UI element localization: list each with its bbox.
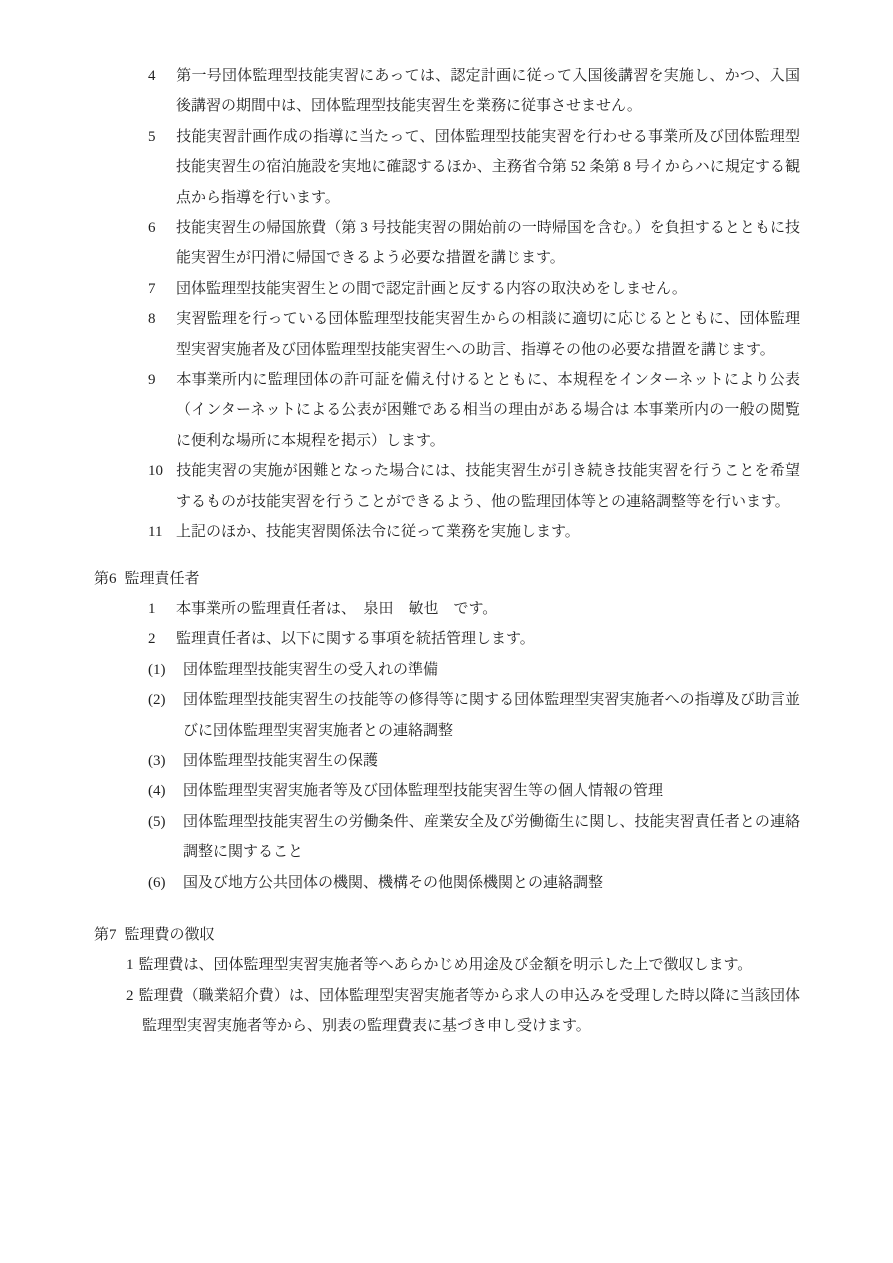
clause-item-6: 6技能実習生の帰国旅費（第 3 号技能実習の開始前の一時帰国を含む。）を負担する… [176,213,800,274]
clause-text: 第一号団体監理型技能実習にあっては、認定計画に従って入国後講習を実施し、かつ、入… [176,68,800,114]
item-number: 1 [148,594,176,624]
clause-item-7: 7団体監理型技能実習生との間で認定計画と反する内容の取決めをしません。 [176,274,800,304]
section-6-item-1: 1本事業所の監理責任者は、 泉田 敏也 です。 [176,594,800,624]
clause-number: 11 [148,517,176,547]
clause-text: 技能実習計画作成の指導に当たって、団体監理型技能実習を行わせる事業所及び団体監理… [176,129,800,206]
item-number: 2 [148,624,176,654]
clause-number: 10 [148,456,176,486]
clause-item-10: 10技能実習の実施が困難となった場合には、技能実習生が引き続き技能実習を行うこと… [176,456,800,517]
section-number: 第6 [94,571,117,587]
document-page: 4第一号団体監理型技能実習にあっては、認定計画に従って入国後講習を実施し、かつ、… [0,0,893,1263]
clause-number: 8 [148,304,176,334]
section-6-subitem-1: (1)団体監理型技能実習生の受入れの準備 [183,655,800,685]
clause-item-9: 9本事業所内に監理団体の許可証を備え付けるとともに、本規程をインターネットにより… [176,365,800,456]
section-6-heading: 第6監理責任者 [94,564,800,594]
section-title: 監理費の徴収 [125,927,215,943]
clause-text: 団体監理型技能実習生との間で認定計画と反する内容の取決めをしません。 [176,281,687,297]
section-6-subitem-4: (4)団体監理型実習実施者等及び団体監理型技能実習生等の個人情報の管理 [183,776,800,806]
subitem-marker: (1) [148,655,183,685]
subitem-text: 団体監理型実習実施者等及び団体監理型技能実習生等の個人情報の管理 [183,783,663,799]
section-6-subitem-5: (5)団体監理型技能実習生の労働条件、産業安全及び労働衛生に関し、技能実習責任者… [183,807,800,868]
section-6-subitem-3: (3)団体監理型技能実習生の保護 [183,746,800,776]
section-6-item-2: 2監理責任者は、以下に関する事項を統括管理します。 [176,624,800,654]
clause-number: 5 [148,122,176,152]
clause-number: 4 [148,61,176,91]
subitem-text: 団体監理型技能実習生の受入れの準備 [183,662,438,678]
document-content: 4第一号団体監理型技能実習にあっては、認定計画に従って入国後講習を実施し、かつ、… [0,0,893,1042]
clause-number: 6 [148,213,176,243]
section-number: 第7 [94,927,117,943]
item-text: 監理費は、団体監理型実習実施者等へあらかじめ用途及び金額を明示した上で徴収します… [139,957,753,973]
subitem-marker: (3) [148,746,183,776]
clause-number: 7 [148,274,176,304]
clause-item-5: 5技能実習計画作成の指導に当たって、団体監理型技能実習を行わせる事業所及び団体監… [176,122,800,213]
section-7-item-2: 2監理費（職業紹介費）は、団体監理型実習実施者等から求人の申込みを受理した時以降… [142,981,800,1042]
clause-text: 上記のほか、技能実習関係法令に従って業務を実施します。 [176,524,580,540]
clause-text: 本事業所内に監理団体の許可証を備え付けるとともに、本規程をインターネットにより公… [176,372,800,449]
section-7-item-1: 1監理費は、団体監理型実習実施者等へあらかじめ用途及び金額を明示した上で徴収しま… [142,950,800,980]
section-7-heading: 第7監理費の徴収 [94,920,800,950]
subitem-marker: (5) [148,807,183,837]
section-6-subitem-6: (6)国及び地方公共団体の機関、機構その他関係機関との連絡調整 [183,868,800,898]
item-number: 1 [126,957,134,973]
clause-item-8: 8実習監理を行っている団体監理型技能実習生からの相談に適切に応じるとともに、団体… [176,304,800,365]
subitem-marker: (6) [148,868,183,898]
item-text: 本事業所の監理責任者は、 泉田 敏也 です。 [176,601,497,617]
subitem-marker: (2) [148,685,183,715]
clause-item-4: 4第一号団体監理型技能実習にあっては、認定計画に従って入国後講習を実施し、かつ、… [176,61,800,122]
subitem-text: 団体監理型技能実習生の保護 [183,753,378,769]
item-text: 監理責任者は、以下に関する事項を統括管理します。 [176,631,535,647]
clause-number: 9 [148,365,176,395]
clause-text: 実習監理を行っている団体監理型技能実習生からの相談に適切に応じるとともに、団体監… [176,311,800,357]
subitem-text: 団体監理型技能実習生の労働条件、産業安全及び労働衛生に関し、技能実習責任者との連… [183,814,800,860]
item-number: 2 [126,988,134,1004]
section-6-subitem-2: (2)団体監理型技能実習生の技能等の修得等に関する団体監理型実習実施者への指導及… [183,685,800,746]
subitem-text: 団体監理型技能実習生の技能等の修得等に関する団体監理型実習実施者への指導及び助言… [183,692,800,738]
section-title: 監理責任者 [125,571,200,587]
subitem-marker: (4) [148,776,183,806]
clause-item-11: 11上記のほか、技能実習関係法令に従って業務を実施します。 [176,517,800,547]
subitem-text: 国及び地方公共団体の機関、機構その他関係機関との連絡調整 [183,875,603,891]
item-text: 監理費（職業紹介費）は、団体監理型実習実施者等から求人の申込みを受理した時以降に… [139,988,801,1034]
clause-text: 技能実習生の帰国旅費（第 3 号技能実習の開始前の一時帰国を含む。）を負担すると… [176,220,800,266]
clause-text: 技能実習の実施が困難となった場合には、技能実習生が引き続き技能実習を行うことを希… [176,463,800,509]
